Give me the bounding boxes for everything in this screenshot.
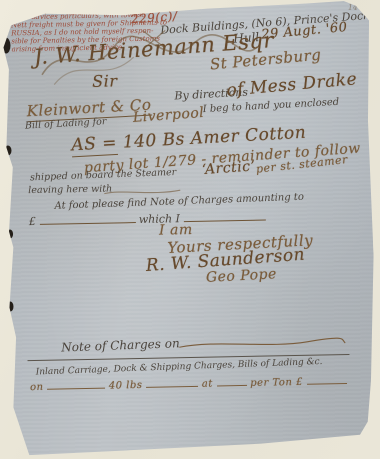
amount-line: £ which I	[29, 209, 266, 229]
printed-shipped-on-board: shipped on board the Steamer	[30, 167, 177, 183]
printed-leaving-here: leaving here with	[28, 183, 112, 196]
ink-cross-mark	[141, 28, 167, 50]
scanned-document-page: { "colors":{"paper":"#b8bec3","backdrop"…	[0, 0, 380, 459]
torn-edge-spot	[1, 37, 10, 53]
charges-blank	[47, 378, 105, 390]
ink-underline-flourish	[102, 186, 182, 198]
charges-detail-line: on 40 lbs at per Ton £	[30, 373, 347, 393]
charges-blank	[216, 375, 246, 387]
shipping-mark: AS =	[71, 133, 118, 157]
charges-at-label: at	[202, 379, 213, 390]
closing-i-am: I am	[159, 222, 193, 239]
torn-edge-spot	[7, 301, 13, 311]
charges-title: Note of Charges on	[61, 336, 180, 354]
which-blank	[183, 209, 265, 223]
charges-blank	[306, 373, 346, 385]
charges-blank	[146, 376, 198, 388]
charges-per-label: per Ton £	[250, 377, 303, 389]
torn-edge-spot	[4, 145, 11, 155]
amount-blank	[39, 211, 135, 225]
ink-flourish	[177, 335, 347, 352]
letter-paper: In all advices particulars, with lowest …	[3, 1, 378, 456]
charges-on-label: on	[30, 382, 44, 393]
pound-sign: £	[29, 215, 36, 228]
vessel-name: ‘Arctic’	[201, 158, 256, 178]
torn-edge-spot	[7, 229, 13, 238]
charges-qty: 40 lbs	[109, 380, 143, 392]
signature-per: Geo Pope	[206, 266, 278, 286]
